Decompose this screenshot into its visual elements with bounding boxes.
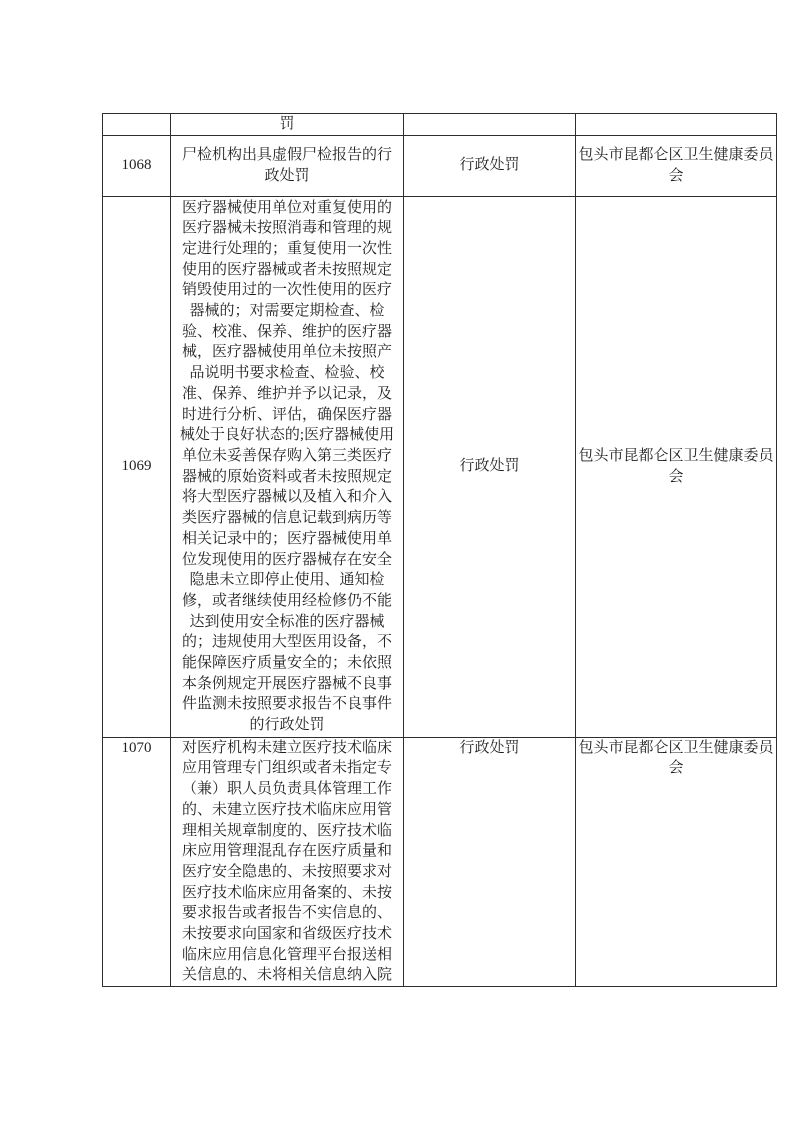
serial-number-cell: 1070	[103, 737, 171, 986]
penalty-items-table: 罚 1068 尸检机构出具虚假尸检报告的行政处罚 行政处罚 包头市昆都仑区卫生健…	[102, 113, 777, 987]
document-page: 罚 1068 尸检机构出具虚假尸检报告的行政处罚 行政处罚 包头市昆都仑区卫生健…	[0, 0, 793, 1122]
penalty-type-cell: 行政处罚	[404, 737, 576, 986]
table-row: 1068 尸检机构出具虚假尸检报告的行政处罚 行政处罚 包头市昆都仑区卫生健康委…	[103, 135, 777, 196]
authority-cell: 包头市昆都仑区卫生健康委员会	[576, 196, 777, 737]
serial-number-cell: 1069	[103, 196, 171, 737]
authority-cell: 包头市昆都仑区卫生健康委员会	[576, 135, 777, 196]
table-row: 1069 医疗器械使用单位对重复使用的医疗器械未按照消毒和管理的规定进行处理的；…	[103, 196, 777, 737]
description-cell: 罚	[171, 114, 404, 136]
serial-number-cell	[103, 114, 171, 136]
penalty-type-cell: 行政处罚	[404, 135, 576, 196]
description-cell: 医疗器械使用单位对重复使用的医疗器械未按照消毒和管理的规定进行处理的；重复使用一…	[171, 196, 404, 737]
description-cell: 对医疗机构未建立医疗技术临床应用管理专门组织或者未指定专（兼）职人员负责具体管理…	[171, 737, 404, 986]
table-row: 1070 对医疗机构未建立医疗技术临床应用管理专门组织或者未指定专（兼）职人员负…	[103, 737, 777, 986]
authority-cell	[576, 114, 777, 136]
description-cell: 尸检机构出具虚假尸检报告的行政处罚	[171, 135, 404, 196]
authority-cell: 包头市昆都仑区卫生健康委员会	[576, 737, 777, 986]
table-row-continuation: 罚	[103, 114, 777, 136]
penalty-type-cell	[404, 114, 576, 136]
serial-number-cell: 1068	[103, 135, 171, 196]
penalty-type-cell: 行政处罚	[404, 196, 576, 737]
